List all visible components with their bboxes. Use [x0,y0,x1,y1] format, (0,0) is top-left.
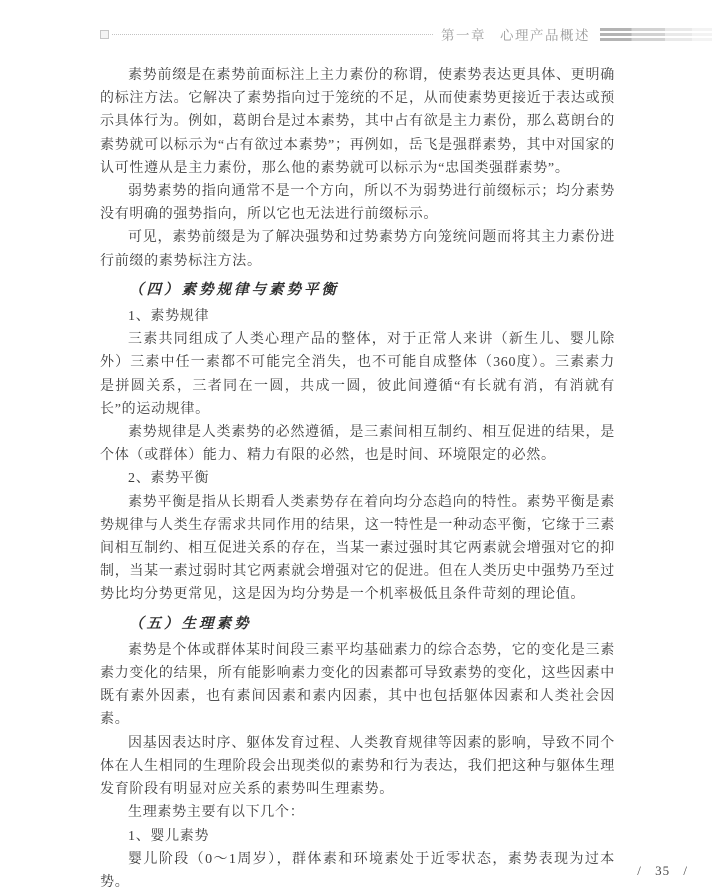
page-number: / 35 / [637,863,688,879]
section-heading: （五）生理素势 [100,613,615,636]
running-header: 第一章心理产品概述 [100,26,712,42]
paragraph: 婴儿阶段（0～1周岁），群体素和环境素处于近零状态，素势表现为过本势。 [100,848,615,887]
paragraph: 素势平衡是指从长期看人类素势存在着向均分态趋向的特性。素势平衡是素势规律与人类生… [100,491,615,607]
stripe-bar [600,28,712,31]
header-square-icon [100,30,109,39]
paragraph: 素势规律是人类素势的必然遵循，是三素间相互制约、相互促进的结果，是个体（或群体）… [100,421,615,467]
paragraph: 因基因表达时序、躯体发育过程、人类教育规律等因素的影响，导致不同个体在人生相同的… [100,732,615,802]
subsection-heading: 1、婴儿素势 [100,825,615,848]
header-stripe-decoration-icon [600,28,712,41]
chapter-label: 第一章 [441,28,486,43]
paragraph: 生理素势主要有以下几个： [100,801,615,824]
paragraph: 三素共同组成了人类心理产品的整体，对于正常人来讲（新生儿、婴儿除外）三素中任一素… [100,328,615,421]
paragraph: 素势前缀是在素势前面标注上主力素份的称谓，使素势表达更具体、更明确的标注方法。它… [100,64,615,180]
chapter-title: 心理产品概述 [500,28,590,43]
book-page: { "header": { "chapter_label": "第一章", "c… [0,0,715,887]
subsection-heading: 1、素势规律 [100,305,615,328]
stripe-bar [600,33,712,36]
header-dotted-rule [112,34,433,35]
paragraph: 可见，素势前缀是为了解决强势和过势素势方向笼统问题而将其主力素份进行前缀的素势标… [100,226,615,272]
page-body: 素势前缀是在素势前面标注上主力素份的称谓，使素势表达更具体、更明确的标注方法。它… [100,64,615,887]
paragraph: 弱势素势的指向通常不是一个方向，所以不为弱势进行前缀标示；均分素势没有明确的强势… [100,180,615,226]
paragraph: 素势是个体或群体某时间段三素平均基础素力的综合态势，它的变化是三素素力变化的结果… [100,639,615,732]
chapter-heading: 第一章心理产品概述 [441,24,590,44]
section-heading: （四）素势规律与素势平衡 [100,279,615,302]
subsection-heading: 2、素势平衡 [100,467,615,490]
stripe-bar [600,38,712,41]
